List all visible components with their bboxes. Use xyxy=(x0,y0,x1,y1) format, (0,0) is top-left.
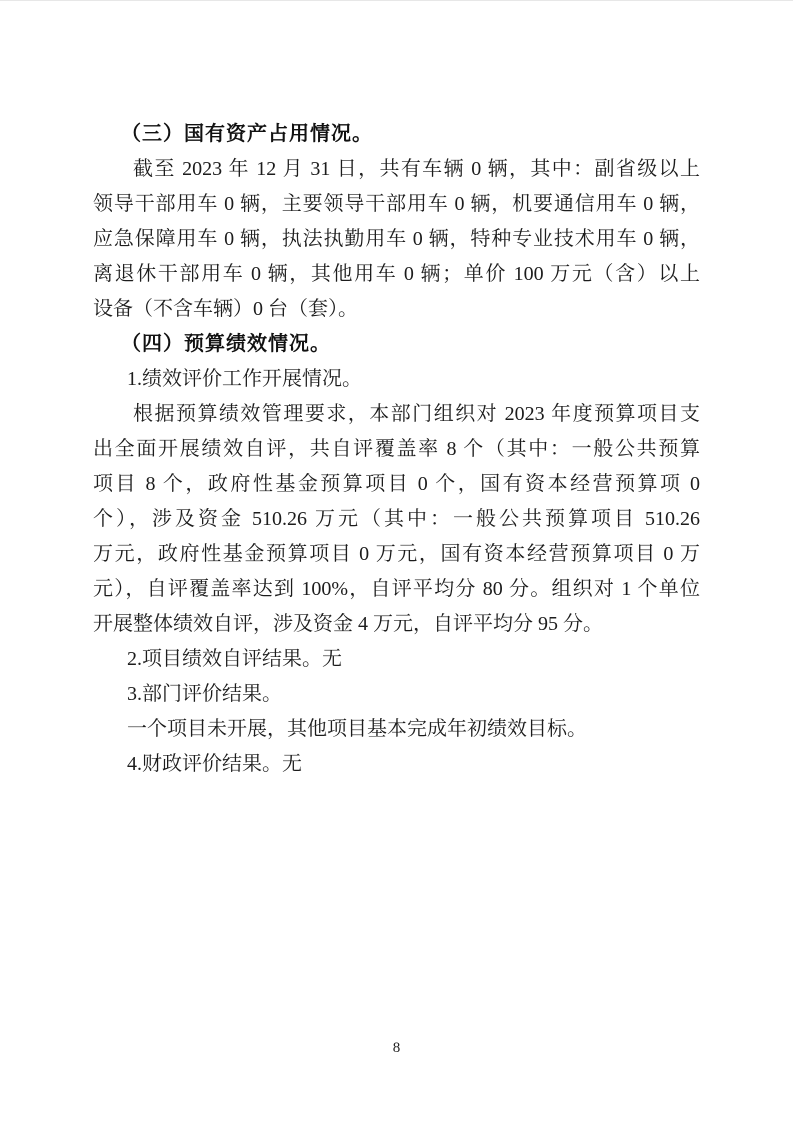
text-line: 设备（不含车辆）0 台（套）。 xyxy=(93,292,700,327)
text-line: 1.绩效评价工作开展情况。 xyxy=(93,362,700,397)
text-line: 4.财政评价结果。无 xyxy=(93,747,700,782)
text-line: 离退休干部用车 0 辆，其他用车 0 辆；单价 100 万元（含）以上 xyxy=(93,257,700,292)
text-line: 根据预算绩效管理要求，本部门组织对 2023 年度预算项目支 xyxy=(93,397,700,432)
text-line: 截至 2023 年 12 月 31 日，共有车辆 0 辆，其中：副省级以上 xyxy=(93,152,700,187)
text-line: 开展整体绩效自评，涉及资金 4 万元，自评平均分 95 分。 xyxy=(93,607,700,642)
section-heading: （四）预算绩效情况。 xyxy=(93,327,700,362)
section-heading: （三）国有资产占用情况。 xyxy=(93,117,700,152)
document-page: （三）国有资产占用情况。截至 2023 年 12 月 31 日，共有车辆 0 辆… xyxy=(0,0,793,1122)
text-line: 领导干部用车 0 辆，主要领导干部用车 0 辆，机要通信用车 0 辆， xyxy=(93,187,700,222)
text-line: 一个项目未开展，其他项目基本完成年初绩效目标。 xyxy=(93,712,700,747)
text-line: 万元，政府性基金预算项目 0 万元，国有资本经营预算项目 0 万 xyxy=(93,537,700,572)
text-line: 个），涉及资金 510.26 万元（其中：一般公共预算项目 510.26 xyxy=(93,502,700,537)
page-number: 8 xyxy=(0,1037,793,1059)
text-line: 元），自评覆盖率达到 100%，自评平均分 80 分。组织对 1 个单位 xyxy=(93,572,700,607)
text-line: 项目 8 个，政府性基金预算项目 0 个，国有资本经营预算项 0 xyxy=(93,467,700,502)
text-line: 出全面开展绩效自评，共自评覆盖率 8 个（其中：一般公共预算 xyxy=(93,432,700,467)
text-line: 应急保障用车 0 辆，执法执勤用车 0 辆，特种专业技术用车 0 辆， xyxy=(93,222,700,257)
text-line: 3.部门评价结果。 xyxy=(93,677,700,712)
document-content: （三）国有资产占用情况。截至 2023 年 12 月 31 日，共有车辆 0 辆… xyxy=(93,117,700,782)
text-line: 2.项目绩效自评结果。无 xyxy=(93,642,700,677)
